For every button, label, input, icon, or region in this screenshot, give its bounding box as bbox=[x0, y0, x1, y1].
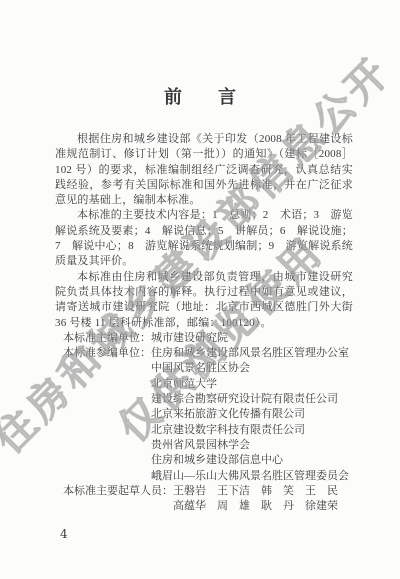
participating-unit-item: 住房和城乡建设部信息中心 bbox=[151, 453, 353, 468]
chief-editor-value: 城市建设研究院 bbox=[151, 331, 353, 346]
participating-unit-item: 住房和城乡建设部风景名胜区管理办公室 bbox=[151, 346, 353, 361]
drafters-list: 王磐岩 王下洁 韩 笑 王 民 高蕴华 周 雄 耿 丹 徐建荣 bbox=[173, 484, 353, 515]
chief-editor-label: 本标准主编单位： bbox=[63, 331, 151, 346]
drafters-row: 本标准主要起草人员： 王磐岩 王下洁 韩 笑 王 民 高蕴华 周 雄 耿 丹 徐… bbox=[55, 484, 353, 515]
page-number: 4 bbox=[60, 527, 353, 542]
participating-unit-item: 北京来拓旅游文化传播有限公司 bbox=[151, 407, 353, 422]
document-page: 住房和城乡建设部信息公开 仅供浏览使用 前 言 根据住房和城乡建设部《关于印发（… bbox=[0, 0, 400, 579]
participating-unit-item: 建设综合勘察研究设计院有限责任公司 bbox=[151, 392, 353, 407]
drafters-label: 本标准主要起草人员： bbox=[63, 484, 173, 515]
participating-units-row: 本标准参编单位： 住房和城乡建设部风景名胜区管理办公室 中国风景名胜区协会 北京… bbox=[55, 346, 353, 484]
participating-units-label: 本标准参编单位： bbox=[63, 346, 151, 484]
foreword-paragraph-2: 本标准的主要技术内容是：1 总则；2 术语；3 游览解说系统及要素；4 解说信息… bbox=[55, 208, 353, 269]
participating-unit-item: 峨眉山—乐山大佛风景名胜区管理委员会 bbox=[151, 469, 353, 484]
participating-unit-item: 北京师范大学 bbox=[151, 377, 353, 392]
participating-unit-item: 贵州省风景园林学会 bbox=[151, 438, 353, 453]
drafters-line: 高蕴华 周 雄 耿 丹 徐建荣 bbox=[173, 499, 353, 514]
page-title: 前 言 bbox=[0, 83, 400, 109]
participating-unit-item: 中国风景名胜区协会 bbox=[151, 361, 353, 376]
foreword-body: 根据住房和城乡建设部《关于印发（2008 年工程建设标准规范制订、修订计划（第一… bbox=[55, 132, 353, 543]
foreword-paragraph-1: 根据住房和城乡建设部《关于印发（2008 年工程建设标准规范制订、修订计划（第一… bbox=[55, 132, 353, 208]
chief-editor-row: 本标准主编单位： 城市建设研究院 bbox=[55, 331, 353, 346]
participating-unit-item: 北京建设数字科技有限责任公司 bbox=[151, 423, 353, 438]
foreword-paragraph-3: 本标准由住房和城乡建设部负责管理，由城市建设研究院负责具体技术内容的解释。执行过… bbox=[55, 270, 353, 331]
drafters-line: 王磐岩 王下洁 韩 笑 王 民 bbox=[173, 484, 353, 499]
participating-units-list: 住房和城乡建设部风景名胜区管理办公室 中国风景名胜区协会 北京师范大学 建设综合… bbox=[151, 346, 353, 484]
